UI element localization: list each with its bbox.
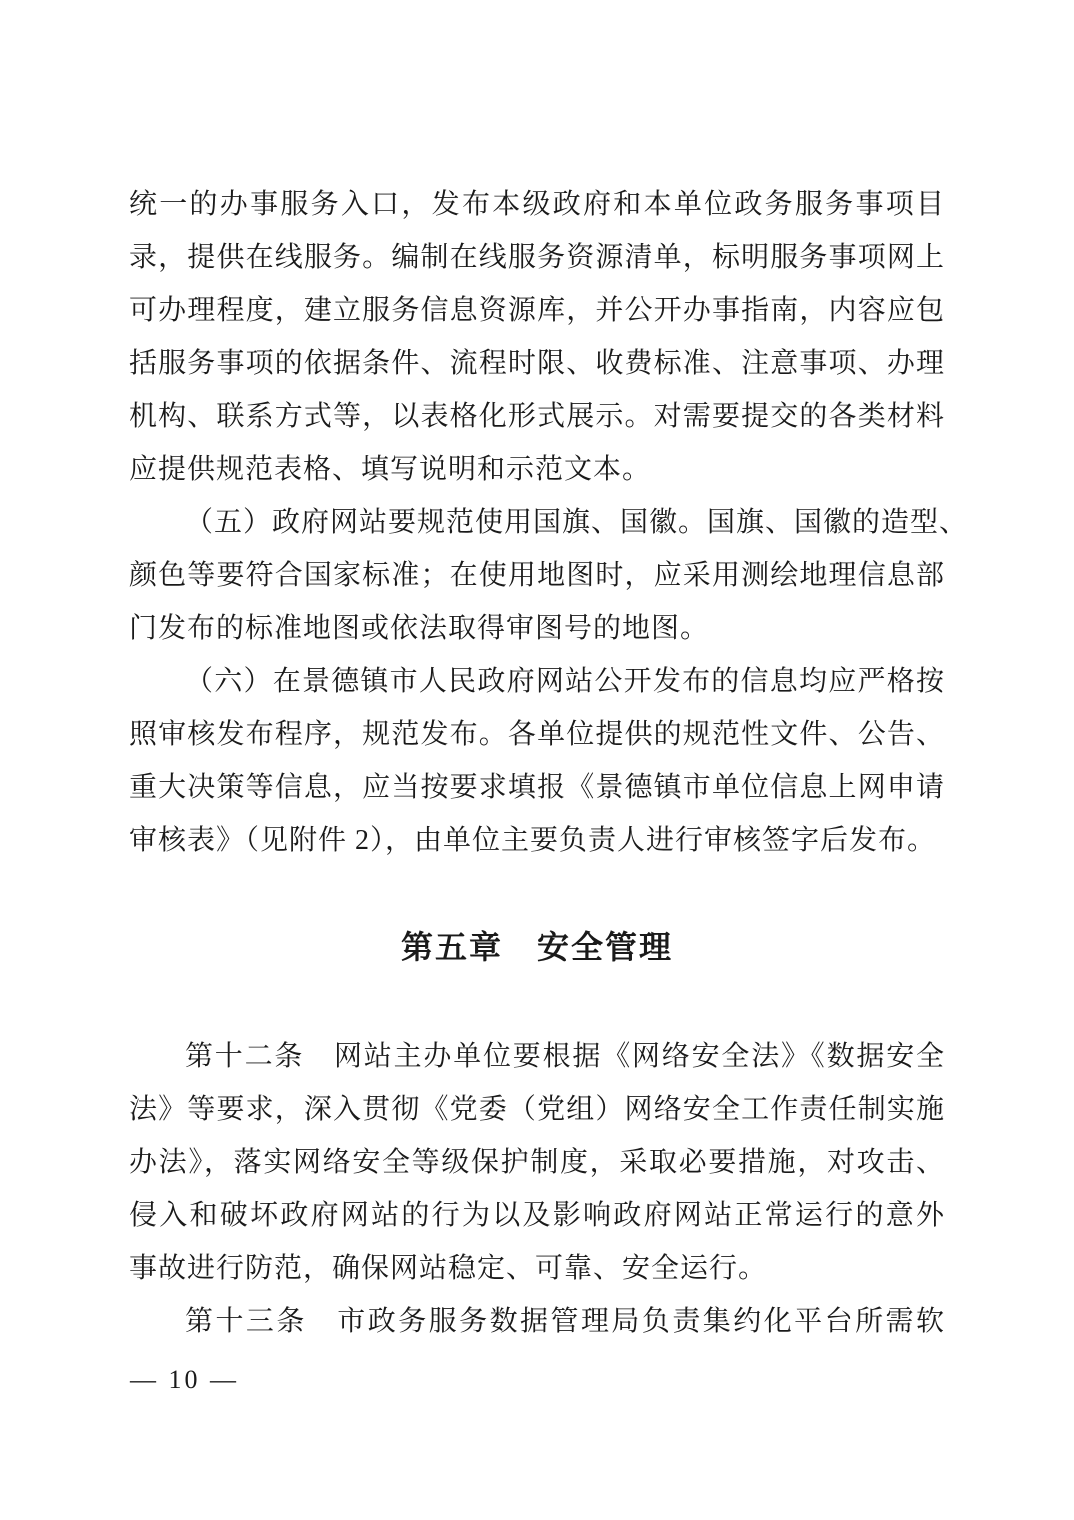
text-line: 可办理程度，建立服务信息资源库，并公开办事指南，内容应包 (129, 284, 945, 337)
document-body: 统一的办事服务入口，发布本级政府和本单位政务服务事项目录，提供在线服务。编制在线… (129, 178, 945, 1348)
text-line: 重大决策等信息，应当按要求填报《景德镇市单位信息上网申请 (129, 761, 945, 814)
text-line: 法》等要求，深入贯彻《党委（党组）网络安全工作责任制实施 (129, 1083, 945, 1136)
text-line: 侵入和破坏政府网站的行为以及影响政府网站正常运行的意外 (129, 1189, 945, 1242)
text-line: 审核表》（见附件 2），由单位主要负责人进行审核签字后发布。 (129, 814, 945, 867)
chapter-heading: 第五章 安全管理 (129, 921, 945, 974)
text-line: 机构、联系方式等，以表格化形式展示。对需要提交的各类材料 (129, 390, 945, 443)
page-number: — 10 — (130, 1365, 239, 1395)
text-line: 颜色等要符合国家标准；在使用地图时，应采用测绘地理信息部 (129, 549, 945, 602)
text-line: （六）在景德镇市人民政府网站公开发布的信息均应严格按 (129, 655, 945, 708)
text-line: 照审核发布程序，规范发布。各单位提供的规范性文件、公告、 (129, 708, 945, 761)
text-line: （五）政府网站要规范使用国旗、国徽。国旗、国徽的造型、 (129, 496, 945, 549)
document-page: 统一的办事服务入口，发布本级政府和本单位政务服务事项目录，提供在线服务。编制在线… (0, 0, 1074, 1520)
text-line: 办法》，落实网络安全等级保护制度，采取必要措施，对攻击、 (129, 1136, 945, 1189)
text-line: 门发布的标准地图或依法取得审图号的地图。 (129, 602, 945, 655)
text-line: 录，提供在线服务。编制在线服务资源清单，标明服务事项网上 (129, 231, 945, 284)
text-line: 第十三条 市政务服务数据管理局负责集约化平台所需软 (129, 1295, 945, 1348)
text-line: 第十二条 网站主办单位要根据《网络安全法》《数据安全 (129, 1030, 945, 1083)
text-line: 括服务事项的依据条件、流程时限、收费标准、注意事项、办理 (129, 337, 945, 390)
text-line: 统一的办事服务入口，发布本级政府和本单位政务服务事项目 (129, 178, 945, 231)
text-line: 事故进行防范，确保网站稳定、可靠、安全运行。 (129, 1242, 945, 1295)
text-line: 应提供规范表格、填写说明和示范文本。 (129, 443, 945, 496)
